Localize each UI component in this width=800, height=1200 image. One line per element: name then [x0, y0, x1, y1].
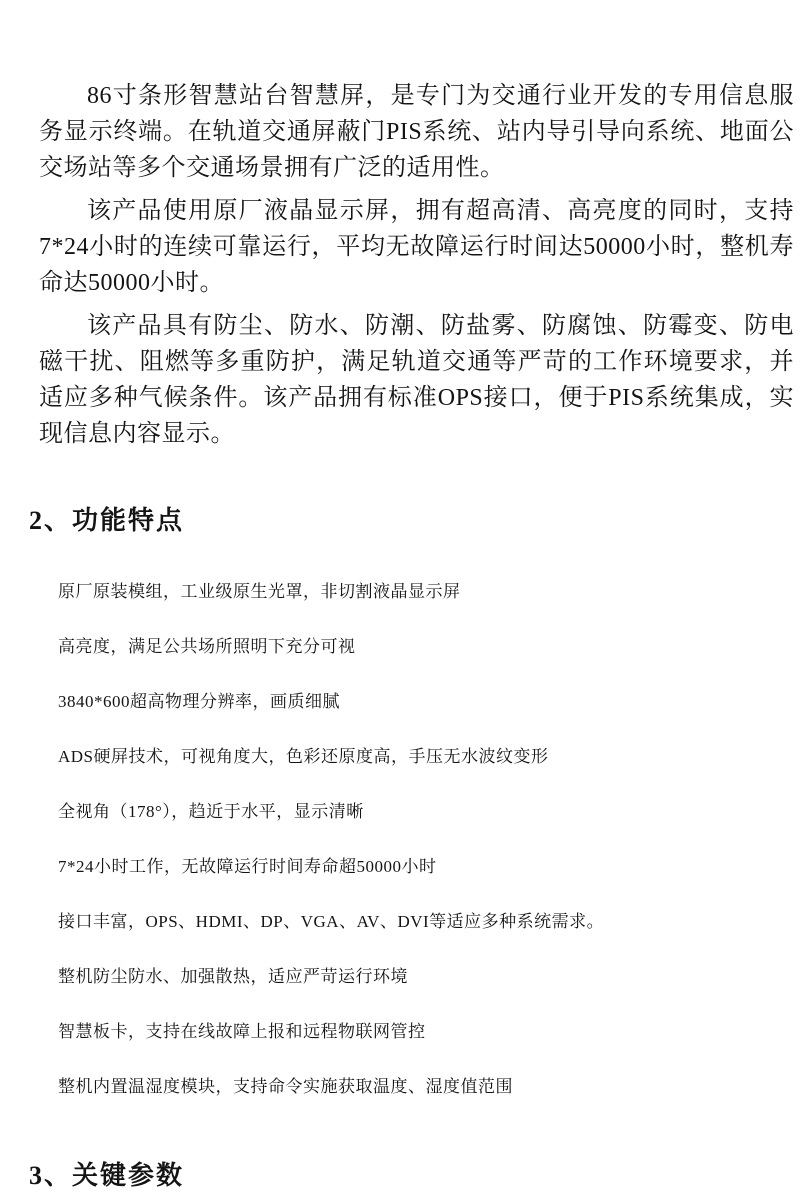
intro-paragraph-2: 该产品使用原厂液晶显示屏，拥有超高清、高亮度的同时，支持7*24小时的连续可靠运…	[39, 193, 794, 301]
section-heading-features: 2、功能特点	[29, 504, 794, 538]
document-page: 86寸条形智慧站台智慧屏，是专门为交通行业开发的专用信息服务显示终端。在轨道交通…	[0, 0, 800, 1200]
feature-item-ads-panel: ADS硬屏技术，可视角度大，色彩还原度高，手压无水波纹变形	[58, 745, 794, 769]
feature-item-temperature-humidity: 整机内置温湿度模块，支持命令实施获取温度、湿度值范围	[58, 1075, 794, 1099]
feature-item-smart-board: 智慧板卡，支持在线故障上报和远程物联网管控	[58, 1020, 794, 1044]
intro-paragraph-1: 86寸条形智慧站台智慧屏，是专门为交通行业开发的专用信息服务显示终端。在轨道交通…	[39, 78, 794, 186]
feature-item-resolution: 3840*600超高物理分辨率，画质细腻	[58, 690, 794, 714]
feature-item-interfaces: 接口丰富，OPS、HDMI、DP、VGA、AV、DVI等适应多种系统需求。	[58, 910, 794, 934]
feature-item-original-module: 原厂原装模组，工业级原生光罩，非切割液晶显示屏	[58, 580, 794, 604]
feature-item-dustproof-waterproof: 整机防尘防水、加强散热，适应严苛运行环境	[58, 965, 794, 989]
feature-list: 原厂原装模组，工业级原生光罩，非切割液晶显示屏 高亮度，满足公共场所照明下充分可…	[39, 580, 794, 1099]
feature-item-high-brightness: 高亮度，满足公共场所照明下充分可视	[58, 635, 794, 659]
feature-item-viewing-angle: 全视角（178°），趋近于水平，显示清晰	[58, 800, 794, 824]
section-heading-parameters: 3、关键参数	[29, 1159, 794, 1193]
intro-paragraph-3: 该产品具有防尘、防水、防潮、防盐雾、防腐蚀、防霉变、防电磁干扰、阻燃等多重防护，…	[39, 308, 794, 452]
feature-item-7x24-operation: 7*24小时工作，无故障运行时间寿命超50000小时	[58, 855, 794, 879]
